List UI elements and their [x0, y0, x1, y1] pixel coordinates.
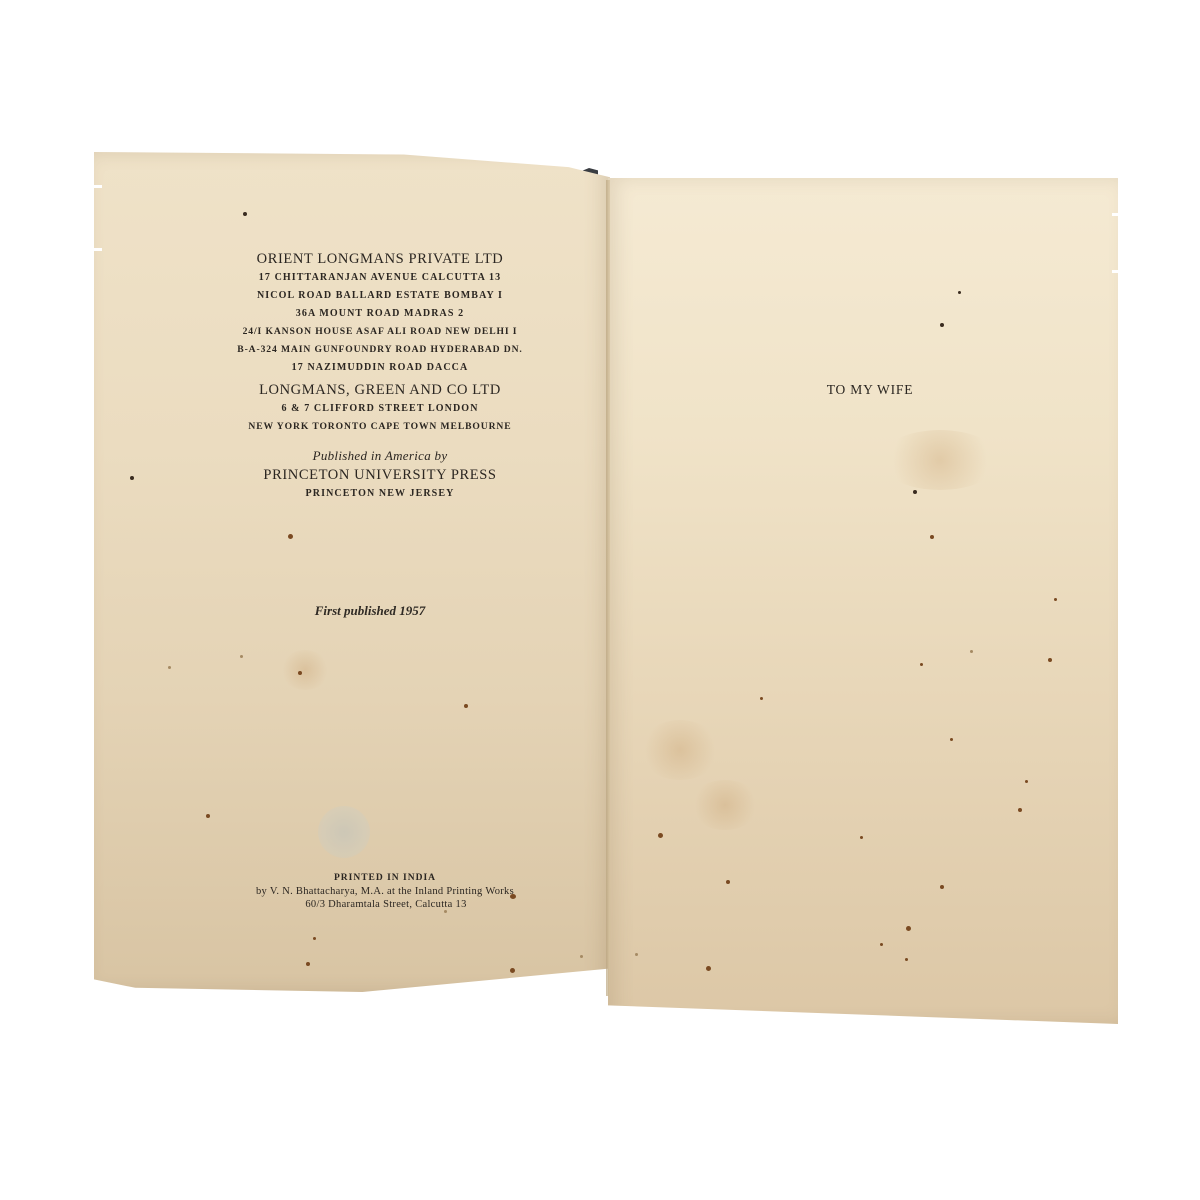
foxing-stain — [880, 430, 1000, 490]
publisher-address: 36A MOUNT ROAD MADRAS 2 — [230, 305, 530, 323]
publisher-address: 17 CHITTARANJAN AVENUE CALCUTTA 13 — [230, 269, 530, 287]
publisher-address: NEW YORK TORONTO CAPE TOWN MELBOURNE — [230, 418, 530, 436]
publisher-address: B-A-324 MAIN GUNFOUNDRY ROAD HYDERABAD D… — [230, 341, 530, 359]
paper-speck — [906, 926, 911, 931]
paper-speck — [168, 666, 171, 669]
paper-speck — [306, 962, 310, 966]
paper-speck — [760, 697, 763, 700]
publisher-address: 17 NAZIMUDDIN ROAD DACCA — [230, 359, 530, 377]
show-through-text — [300, 524, 450, 540]
paper-speck — [940, 323, 944, 327]
publisher-address: 24/I KANSON HOUSE ASAF ALI ROAD NEW DELH… — [230, 323, 530, 341]
paper-speck — [444, 910, 447, 913]
paper-speck — [510, 894, 516, 899]
paper-speck — [464, 704, 468, 708]
printer-line: by V. N. Bhattacharya, M.A. at the Inlan… — [250, 885, 520, 898]
foxing-stain — [280, 650, 330, 690]
printer-block: PRINTED IN INDIA by V. N. Bhattacharya, … — [250, 872, 520, 911]
paper-speck — [905, 958, 908, 961]
paper-speck — [880, 943, 883, 946]
paper-speck — [706, 966, 711, 971]
foxing-stain — [690, 780, 760, 830]
american-publisher-location: PRINCETON NEW JERSEY — [230, 485, 530, 503]
paper-speck — [580, 955, 583, 958]
paper-speck — [1054, 598, 1057, 601]
printer-address-line: 60/3 Dharamtala Street, Calcutta 13 — [252, 898, 520, 911]
paper-speck — [958, 291, 961, 294]
paper-speck — [930, 535, 934, 539]
printed-in-india: PRINTED IN INDIA — [250, 872, 520, 885]
publisher-name: ORIENT LONGMANS PRIVATE LTD — [230, 250, 530, 269]
paper-speck — [860, 836, 863, 839]
paper-speck — [130, 476, 134, 480]
american-publisher-name: PRINCETON UNIVERSITY PRESS — [230, 466, 530, 485]
paper-speck — [950, 738, 953, 741]
dedication: TO MY WIFE — [800, 382, 940, 398]
paper-speck — [970, 650, 973, 653]
paper-speck — [913, 490, 917, 494]
page-edge-notch — [92, 248, 102, 251]
paper-speck — [206, 814, 210, 818]
paper-speck — [240, 655, 243, 658]
book-gutter — [606, 180, 610, 996]
paper-speck — [726, 880, 730, 884]
publisher-block: ORIENT LONGMANS PRIVATE LTD 17 CHITTARAN… — [230, 250, 530, 503]
paper-speck — [658, 833, 663, 838]
publisher-name: LONGMANS, GREEN AND CO LTD — [230, 381, 530, 400]
right-page — [608, 178, 1118, 1024]
publisher-address: 6 & 7 CLIFFORD STREET LONDON — [230, 400, 530, 418]
paper-speck — [298, 671, 302, 675]
faint-stamp-mark — [318, 806, 370, 858]
open-book: ORIENT LONGMANS PRIVATE LTD 17 CHITTARAN… — [0, 0, 1200, 1200]
page-edge-notch — [1112, 213, 1122, 216]
page-edge-notch — [1112, 270, 1122, 273]
paper-speck — [510, 968, 515, 973]
first-published-line: First published 1957 — [290, 603, 450, 619]
foxing-stain — [640, 720, 720, 780]
paper-speck — [313, 937, 316, 940]
paper-speck — [243, 212, 247, 216]
paper-speck — [1048, 658, 1052, 662]
publisher-address: NICOL ROAD BALLARD ESTATE BOMBAY I — [230, 287, 530, 305]
paper-speck — [920, 663, 923, 666]
paper-speck — [288, 534, 293, 539]
paper-speck — [635, 953, 638, 956]
american-publisher-intro: Published in America by — [230, 446, 530, 466]
page-edge-notch — [92, 185, 102, 188]
paper-speck — [940, 885, 944, 889]
paper-speck — [1025, 780, 1028, 783]
paper-speck — [1018, 808, 1022, 812]
